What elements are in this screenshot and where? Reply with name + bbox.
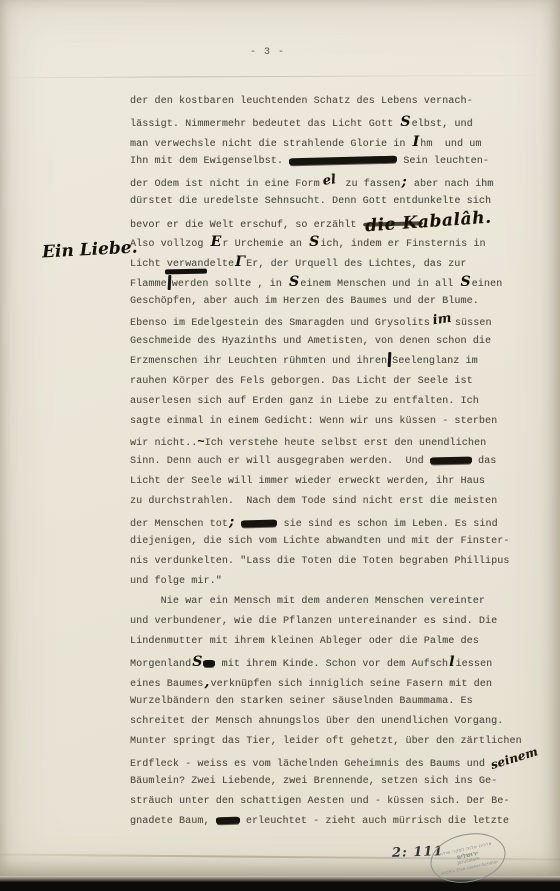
typed-text: Ich verstehe heute selbst erst den unend… [205,438,487,449]
handwritten-correction: E [210,234,223,250]
handwritten-correction: S [459,274,471,290]
typescript-line: rauhen Körper des Fels geborgen. Das Lic… [130,372,530,392]
typescript-line: Erdfleck - weiss es vom lächelnden Gehei… [130,752,530,772]
typed-text: Erdfleck - weiss es vom lächelnden Gehei… [130,759,491,770]
typed-text: zu durchstrahlen. Nach dem Tode sind nic… [130,496,497,507]
ink-stroke [388,352,392,367]
typed-text: bevor er die Welt erschuf, so erzählt [130,220,363,231]
typescript-line: Munter springt das Tier, leider oft gehe… [130,732,530,752]
typescript-line: MorgenlandS mit ihrem Kinde. Schon vor d… [130,652,530,672]
typed-text: Erzmenschen ihr Leuchten rühmten und ihr… [130,356,387,367]
typed-text: süssen [455,318,492,329]
typed-text: Nie war ein Mensch mit dem anderen Mensc… [130,596,485,607]
document-scan: - 3 - der den kostbaren leuchtenden Scha… [0,0,560,891]
typed-text: sagte einmal in einem Gedicht: Wenn wir … [130,416,497,427]
typed-text: zu fassen [339,179,400,190]
ink-strikeout [289,156,397,166]
typescript-line: Bäumlein? Zwei Liebende, zwei Brennende,… [130,772,530,792]
typescript-line: Licht der Seele will immer wieder erweck… [130,472,530,492]
typescript-line: zu durchstrahlen. Nach dem Tode sind nic… [130,492,530,512]
handwritten-correction: S [399,114,411,130]
typed-text: elbst, und [412,119,473,130]
typed-text: Ebenso im Edelgestein des Smaragden und … [130,318,430,329]
typed-text: Also vollzog [130,239,210,250]
typed-text: Lindenmutter mit ihrem kleinen Ableger o… [130,636,479,647]
typescript-line: Ihn mit dem Ewigenselbst. Sein leuchten- [130,152,530,172]
typescript-line: Geschöpfen, aber auch im Herzen des Baum… [130,292,530,312]
typed-text: einen [472,279,503,290]
typed-text: das [472,456,496,467]
typescript-line: eines Baumes,verknüpfen sich inniglich s… [130,672,530,692]
ink-strikeout [203,660,215,667]
handwritten-correction: S [288,274,300,290]
typed-text: r Urchemie an [222,239,308,250]
typescript-line: Also vollzog Er Urchemie an Sich, indem … [130,232,530,252]
typed-text: und folge mir." [130,576,222,587]
typed-text: Licht [130,259,167,270]
typescript-lines: der den kostbaren leuchtenden Schatz des… [130,92,530,832]
typescript-line: Nie war ein Mensch mit dem anderen Mensc… [130,592,530,612]
typed-text: gnadete Baum, [130,816,216,827]
typed-text: ich, indem er Finsternis in [320,239,485,250]
typed-text: Ihn mit dem Ewigenselbst. [130,156,289,167]
typed-text: sträuch unter den schattigen Aesten und … [130,796,510,807]
typescript-line: der Menschen tot; sie sind es schon im L… [130,512,530,532]
typed-text: Wurzelbändern den starken seiner säuseln… [130,696,473,707]
typed-text: der Odem ist nicht in eine Form [130,179,320,190]
typed-text: Sein leuchten- [397,156,489,167]
page-number: - 3 - [250,47,285,58]
typed-text: nis verdunkelten. "Lass die Toten die To… [130,556,510,567]
typescript-line: Flammewerden sollte , in Seinem Menschen… [130,272,530,292]
typescript-line: Wurzelbändern den starken seiner säuseln… [130,692,530,712]
typed-text: aber nach ihm [408,179,494,190]
typescript-line: Lindenmutter mit ihrem kleinen Ableger o… [130,632,530,652]
typed-text: Seelenglanz im [392,356,478,367]
handwritten-insert: el [321,170,337,192]
underlined-word: verwandelte [167,259,234,270]
typescript-line: auserlesen sich auf Erden ganz in Liebe … [130,392,530,412]
typed-text: rauhen Körper des Fels geborgen. Das Lic… [130,376,473,387]
typed-text: lässigt. Nimmermehr bedeutet das Licht G… [130,119,399,130]
typescript-line: lässigt. Nimmermehr bedeutet das Licht G… [130,112,530,132]
handwritten-squiggle: ~ [197,435,204,449]
handwritten-correction: S [308,234,320,250]
ink-strikeout [241,519,277,527]
typed-text: der den kostbaren leuchtenden Schatz des… [130,96,473,107]
typed-text: Munter springt das Tier, leider oft gehe… [130,736,522,747]
typed-text: iessen [456,659,493,670]
typed-text: erleuchtet - zieht auch mürrisch die let… [240,816,509,827]
typed-text: eines Baumes [130,679,203,690]
typescript-line: und folge mir." [130,572,530,592]
typed-text: man verwechsle nicht die strahlende Glor… [130,139,412,150]
typed-text: Geschmeide des Hyazinths und Ametisten, … [130,336,491,347]
typescript-line: sträuch unter den schattigen Aesten und … [130,792,530,812]
typescript-line: bevor er die Welt erschuf, so erzählt di… [130,212,530,232]
typed-text: einem Menschen und in all [300,279,459,290]
typed-text: diejenigen, die sich vom Lichte abwandte… [130,536,510,547]
typescript-line: Ebenso im Edelgestein des Smaragden und … [130,312,530,332]
handwritten-correction: I [412,134,421,150]
ink-strikeout [430,456,472,464]
ink-strikeout [216,817,240,825]
handwritten-correction: ; [400,174,407,190]
typed-text: Sinn. Denn auch er will ausgegraben werd… [130,456,430,467]
typed-text: werden sollte , in [172,279,288,290]
typescript-line: Licht verwandelteΓEr, der Urquell des Li… [130,252,530,272]
typescript-line: Erzmenschen ihr Leuchten rühmten und ihr… [130,352,530,372]
typescript-line: der Odem ist nicht in eine Formel zu fas… [130,172,530,192]
typescript-line: schreitet der Mensch ahnungslos über den… [130,712,530,732]
handwritten-correction: S [191,654,203,670]
typescript-line: sagte einmal in einem Gedicht: Wenn wir … [130,412,530,432]
typed-text: hm und um [420,139,481,150]
typed-text: schreitet der Mensch ahnungslos über den… [130,716,503,727]
typescript-line: diejenigen, die sich vom Lichte abwandte… [130,532,530,552]
typescript-line: man verwechsle nicht die strahlende Glor… [130,132,530,152]
typed-text: Flamme [130,279,167,290]
typescript-line: Sinn. Denn auch er will ausgegraben werd… [130,452,530,472]
handwritten-correction: l [448,654,455,670]
typed-text: Licht der Seele will immer wieder erweck… [130,476,485,487]
typed-text: Er, der Urquell des Lichtes, das zur [246,259,466,270]
typescript-line: nis verdunkelten. "Lass die Toten die To… [130,552,530,572]
handwritten-correction: Γ [234,254,246,270]
typed-text: Bäumlein? Zwei Liebende, zwei Brennende,… [130,776,497,787]
typescript-line: gnadete Baum, erleuchtet - zieht auch mü… [130,812,530,832]
handwritten-insert: im [431,309,453,331]
typescript-line: und verbundener, wie die Pflanzen untere… [130,612,530,632]
typed-text: sie sind es schon im Leben. Es sind [277,519,497,530]
typed-text: Geschöpfen, aber auch im Herzen des Baum… [130,296,479,307]
typescript-line: wir nicht..~Ich verstehe heute selbst er… [130,432,530,452]
typed-text: dürstet die uredelste Sehnsucht. Denn Go… [130,196,491,207]
typescript-line: der den kostbaren leuchtenden Schatz des… [130,92,530,112]
typed-text: und verbundener, wie die Pflanzen untere… [130,616,497,627]
typed-text: der Menschen tot [130,519,228,530]
typed-text: auserlesen sich auf Erden ganz in Liebe … [130,396,479,407]
typed-text: verknüpfen sich inniglich seine Fasern m… [210,679,492,690]
ink-stroke [167,275,171,290]
typescript-line: Geschmeide des Hyazinths und Ametisten, … [130,332,530,352]
typed-text: Morgenland [130,659,191,670]
typed-text: mit ihrem Kinde. Schon vor dem Aufsch [215,659,448,670]
typed-text: wir nicht.. [130,438,197,449]
